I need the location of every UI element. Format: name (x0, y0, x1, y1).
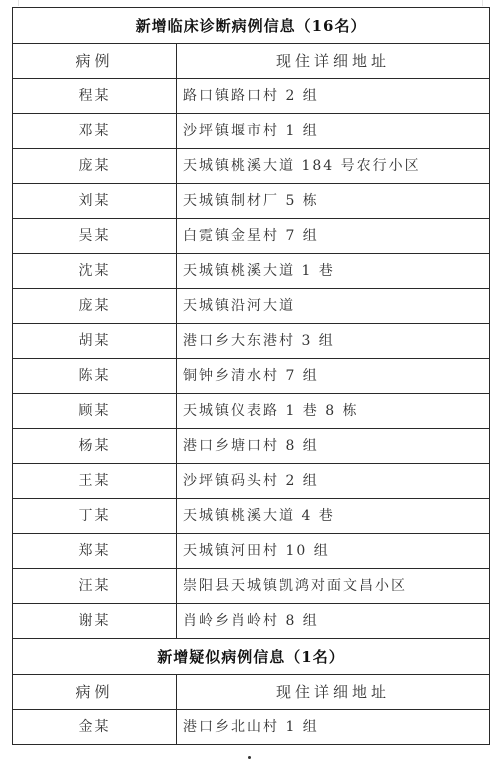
case-name: 吴某 (13, 219, 177, 254)
case-address: 港口乡塘口村 8 组 (177, 429, 490, 464)
table-row: 陈某 铜钟乡清水村 7 组 (13, 359, 490, 394)
table-row: 王某 沙坪镇码头村 2 组 (13, 464, 490, 499)
case-address: 沙坪镇堰市村 1 组 (177, 114, 490, 149)
table-row: 谢某 肖岭乡肖岭村 8 组 (13, 604, 490, 639)
suspected-header-row: 病例 现住详细地址 (13, 675, 490, 710)
table-row: 程某 路口镇路口村 2 组 (13, 79, 490, 114)
case-name: 胡某 (13, 324, 177, 359)
case-address: 天城镇河田村 10 组 (177, 534, 490, 569)
case-address: 天城镇桃溪大道 1 巷 (177, 254, 490, 289)
page-dot-marker (248, 756, 251, 759)
clinical-header-row: 病例 现住详细地址 (13, 44, 490, 79)
table-row: 庞某 天城镇桃溪大道 184 号农行小区 (13, 149, 490, 184)
table-row: 杨某 港口乡塘口村 8 组 (13, 429, 490, 464)
clinical-section-title: 新增临床诊断病例信息（16名） (13, 8, 490, 44)
case-address: 港口乡大东港村 3 组 (177, 324, 490, 359)
clinical-title-row: 新增临床诊断病例信息（16名） (13, 8, 490, 44)
case-name: 王某 (13, 464, 177, 499)
clinical-header-address: 现住详细地址 (177, 44, 490, 79)
case-name: 杨某 (13, 429, 177, 464)
case-address: 天城镇仪表路 1 巷 8 栋 (177, 394, 490, 429)
table-row: 汪某 崇阳县天城镇凯鸿对面文昌小区 (13, 569, 490, 604)
suspected-section-title: 新增疑似病例信息（1名） (13, 639, 490, 675)
case-address: 天城镇桃溪大道 184 号农行小区 (177, 149, 490, 184)
case-address: 白霓镇金星村 7 组 (177, 219, 490, 254)
table-row: 刘某 天城镇制材厂 5 栋 (13, 184, 490, 219)
case-address: 天城镇桃溪大道 4 巷 (177, 499, 490, 534)
case-address: 天城镇沿河大道 (177, 289, 490, 324)
table-row: 郑某 天城镇河田村 10 组 (13, 534, 490, 569)
case-address: 天城镇制材厂 5 栋 (177, 184, 490, 219)
case-address: 路口镇路口村 2 组 (177, 79, 490, 114)
case-name: 丁某 (13, 499, 177, 534)
suspected-header-case: 病例 (13, 675, 177, 710)
suspected-title-row: 新增疑似病例信息（1名） (13, 639, 490, 675)
case-name: 汪某 (13, 569, 177, 604)
case-info-table: 新增临床诊断病例信息（16名） 病例 现住详细地址 程某 路口镇路口村 2 组 … (12, 7, 490, 745)
case-name: 顾某 (13, 394, 177, 429)
table-row: 邓某 沙坪镇堰市村 1 组 (13, 114, 490, 149)
case-address: 崇阳县天城镇凯鸿对面文昌小区 (177, 569, 490, 604)
table-row: 金某 港口乡北山村 1 组 (13, 710, 490, 745)
case-name: 刘某 (13, 184, 177, 219)
case-name: 程某 (13, 79, 177, 114)
case-name: 邓某 (13, 114, 177, 149)
case-name: 郑某 (13, 534, 177, 569)
clinical-header-case: 病例 (13, 44, 177, 79)
case-address: 肖岭乡肖岭村 8 组 (177, 604, 490, 639)
case-name: 陈某 (13, 359, 177, 394)
table-row: 顾某 天城镇仪表路 1 巷 8 栋 (13, 394, 490, 429)
table-row: 丁某 天城镇桃溪大道 4 巷 (13, 499, 490, 534)
case-name: 沈某 (13, 254, 177, 289)
case-address: 沙坪镇码头村 2 组 (177, 464, 490, 499)
case-name: 金某 (13, 710, 177, 745)
table-row: 沈某 天城镇桃溪大道 1 巷 (13, 254, 490, 289)
table-row: 庞某 天城镇沿河大道 (13, 289, 490, 324)
case-name: 庞某 (13, 289, 177, 324)
case-name: 谢某 (13, 604, 177, 639)
page-edge-left (18, 0, 19, 6)
page-edge-right (482, 0, 483, 6)
case-address: 港口乡北山村 1 组 (177, 710, 490, 745)
suspected-header-address: 现住详细地址 (177, 675, 490, 710)
table-row: 吴某 白霓镇金星村 7 组 (13, 219, 490, 254)
case-name: 庞某 (13, 149, 177, 184)
case-address: 铜钟乡清水村 7 组 (177, 359, 490, 394)
table-row: 胡某 港口乡大东港村 3 组 (13, 324, 490, 359)
